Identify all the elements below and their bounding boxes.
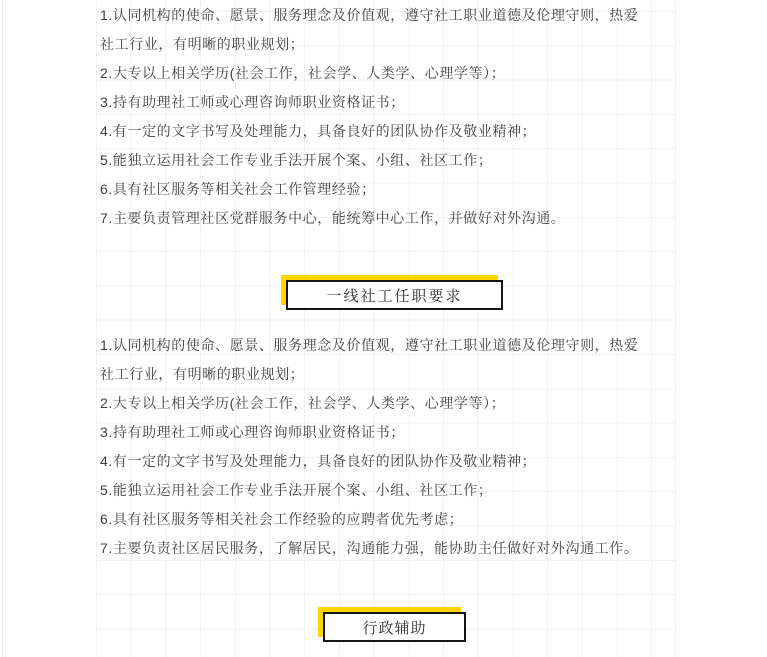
requirement-line: 社工行业，有明晰的职业规划； [100, 30, 700, 59]
requirement-line: 6.具有社区服务等相关社会工作经验的应聘者优先考虑； [100, 505, 700, 534]
requirement-line: 7.主要负责管理社区党群服务中心，能统筹中心工作，并做好对外沟通。 [100, 204, 700, 233]
requirement-line: 5.能独立运用社会工作专业手法开展个案、小组、社区工作； [100, 146, 700, 175]
requirement-line: 3.持有助理社工师或心理咨询师职业资格证书； [100, 418, 700, 447]
requirement-line: 1.认同机构的使命、愿景、服务理念及价值观，遵守社工职业道德及伦理守则，热爱 [100, 1, 700, 30]
requirement-line: 2.大专以上相关学历(社会工作，社会学、人类学、心理学等）； [100, 389, 700, 418]
document-page: 1.认同机构的使命、愿景、服务理念及价值观，遵守社工职业道德及伦理守则，热爱社工… [0, 0, 767, 657]
requirements-list-bottom: 1.认同机构的使命、愿景、服务理念及价值观，遵守社工职业道德及伦理守则，热爱社工… [100, 331, 700, 563]
section-heading-label: 一线社工任职要求 [326, 285, 462, 306]
requirement-line: 4.有一定的文字书写及处理能力，具备良好的团队协作及敬业精神； [100, 117, 700, 146]
requirement-line: 3.持有助理社工师或心理咨询师职业资格证书； [100, 88, 700, 117]
requirement-line: 1.认同机构的使命、愿景、服务理念及价值观，遵守社工职业道德及伦理守则，热爱 [100, 331, 700, 360]
requirements-list-top: 1.认同机构的使命、愿景、服务理念及价值观，遵守社工职业道德及伦理守则，热爱社工… [100, 1, 700, 233]
section-heading-admin-support: 行政辅助 [323, 612, 466, 642]
requirement-line: 4.有一定的文字书写及处理能力，具备良好的团队协作及敬业精神； [100, 447, 700, 476]
requirement-line: 5.能独立运用社会工作专业手法开展个案、小组、社区工作； [100, 476, 700, 505]
requirement-line: 社工行业，有明晰的职业规划； [100, 360, 700, 389]
requirement-line: 7.主要负责社区居民服务，了解居民，沟通能力强，能协助主任做好对外沟通工作。 [100, 534, 700, 563]
section-heading-frontline-social-worker: 一线社工任职要求 [286, 280, 503, 310]
requirement-line: 2.大专以上相关学历(社会工作，社会学、人类学、心理学等）； [100, 59, 700, 88]
requirement-line: 6.具有社区服务等相关社会工作管理经验； [100, 175, 700, 204]
section-heading-label: 行政辅助 [362, 617, 426, 638]
page-edge-line [2, 0, 3, 657]
